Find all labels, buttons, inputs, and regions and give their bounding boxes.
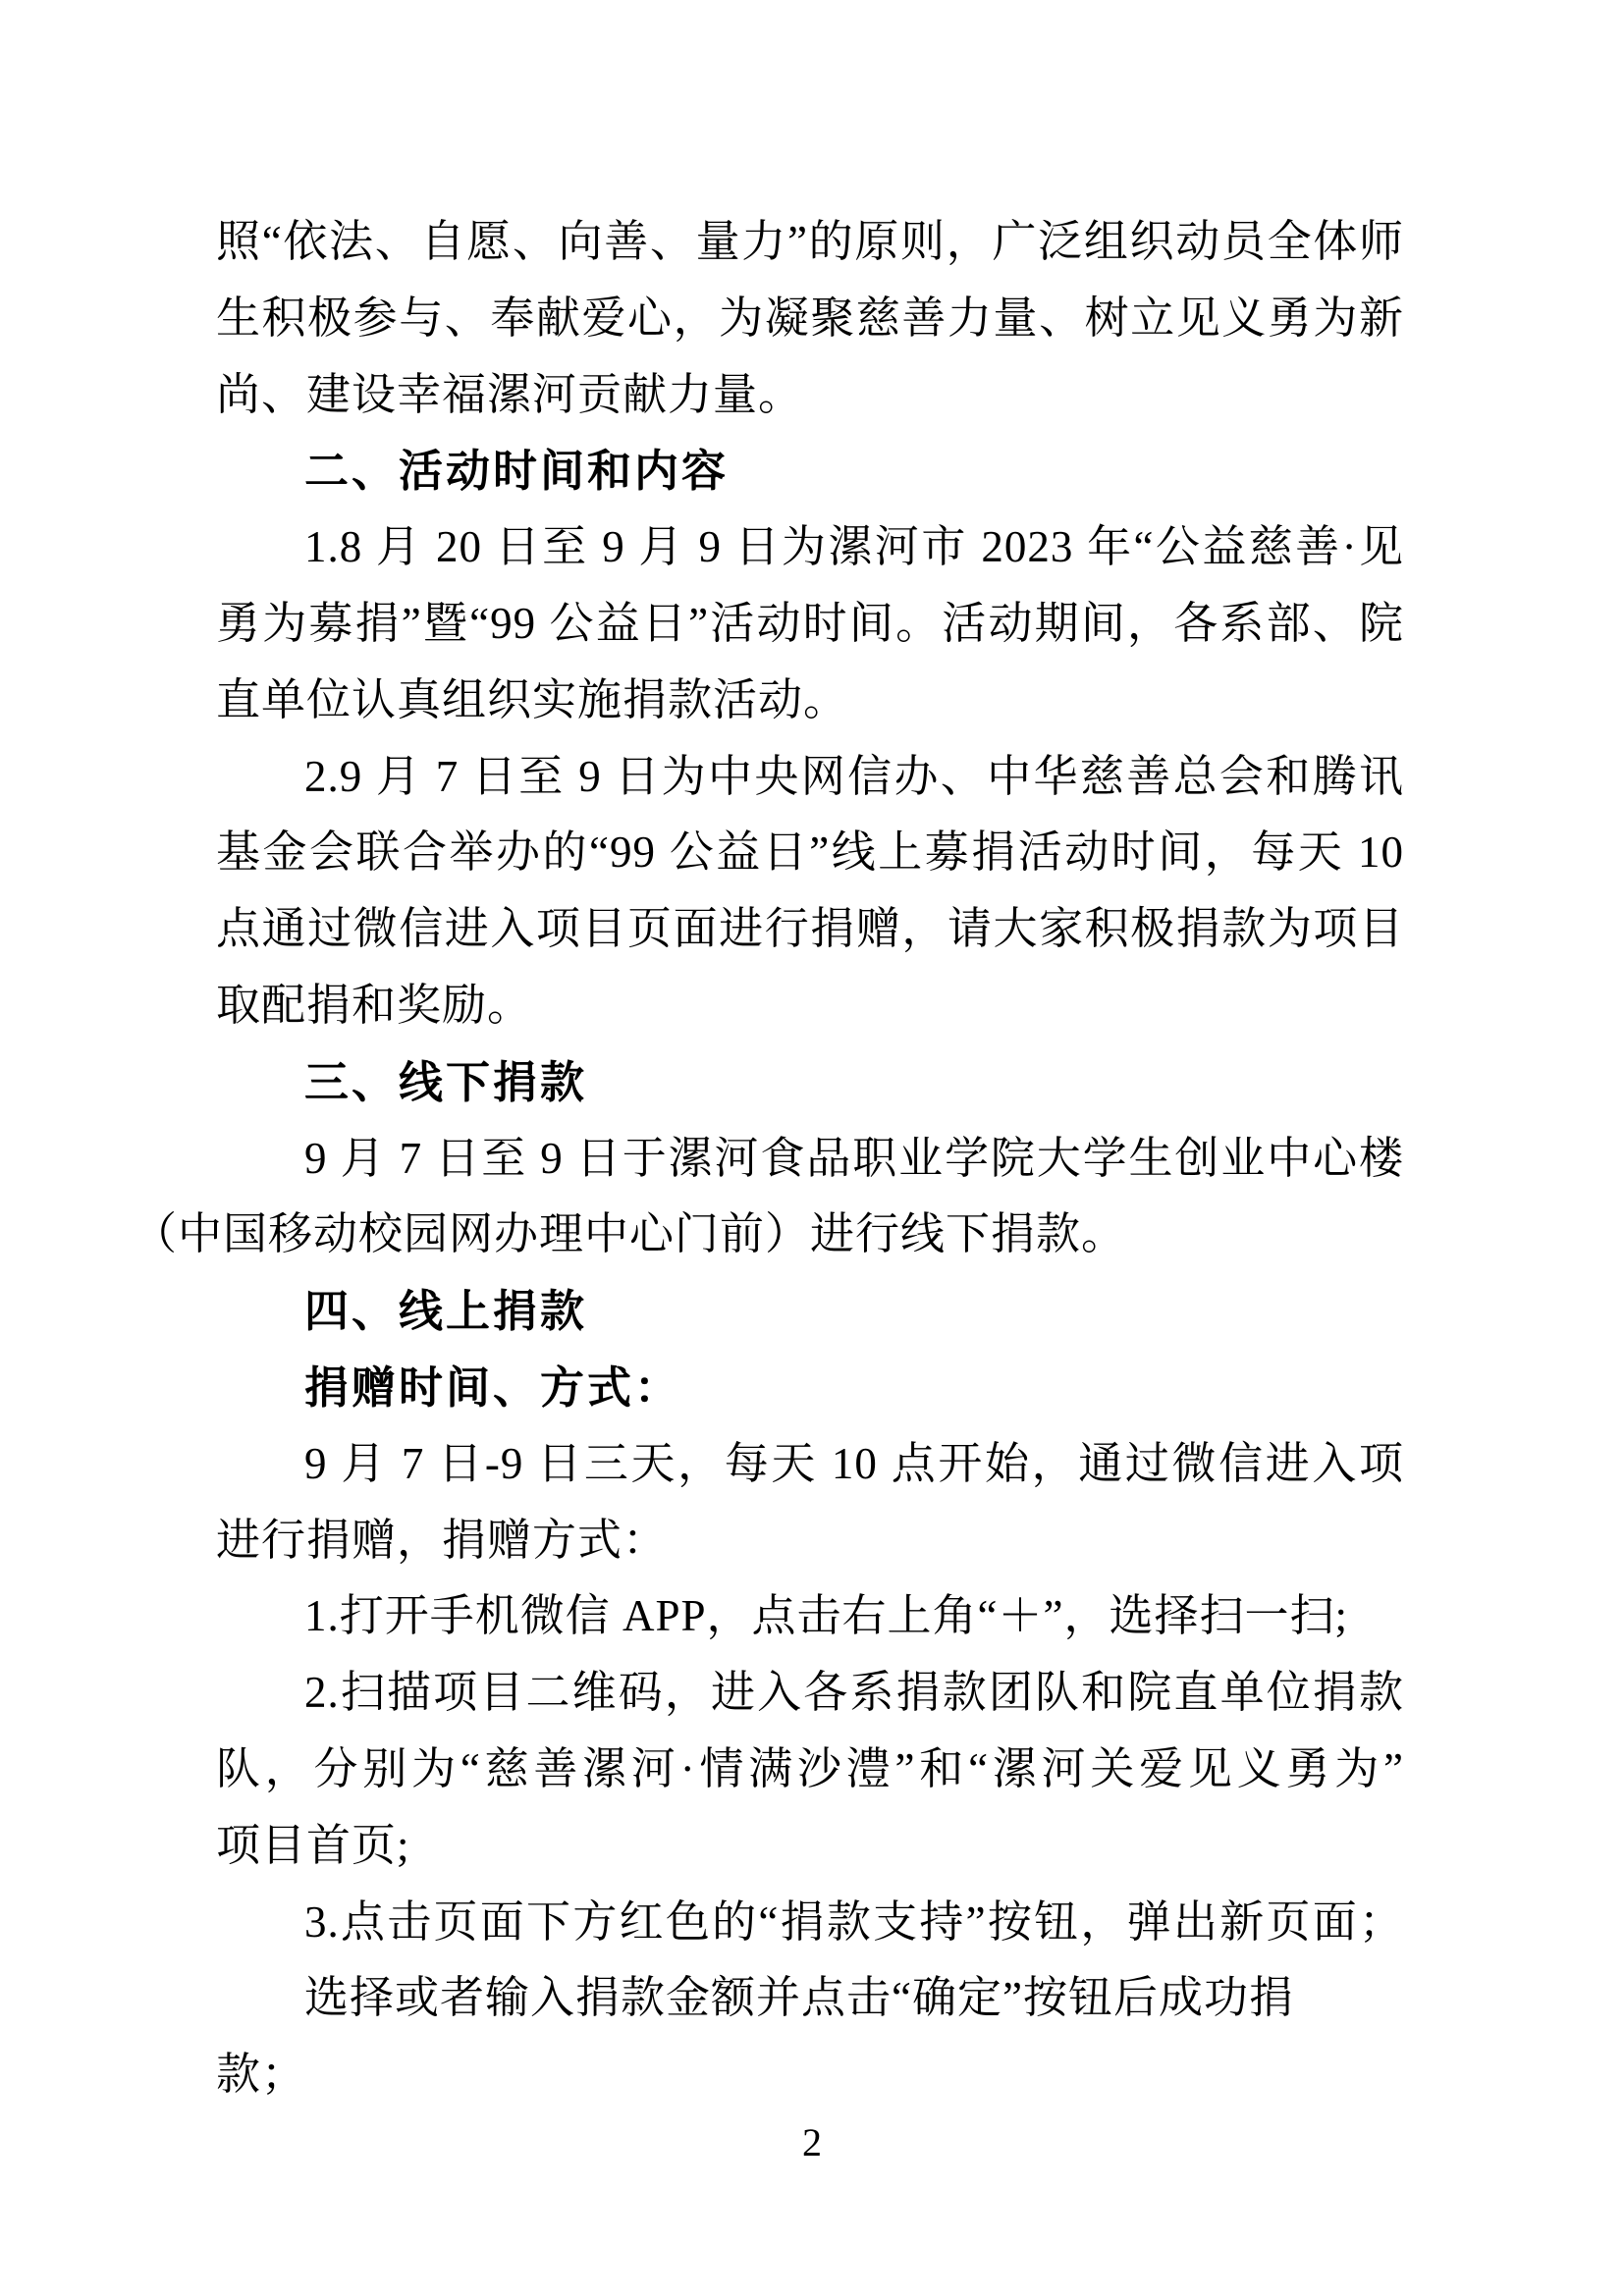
text-line: 生积极参与、奉献爱心，为凝聚慈善力量、树立见义勇为新风: [216, 281, 1404, 357]
text-line: 3.点击页面下方红色的“捐款支持”按钮，弹出新页面；4.: [216, 1885, 1404, 1961]
page-number: 2: [0, 2118, 1624, 2167]
text-line: 基金会联合举办的“99 公益日”线上募捐活动时间，每天 10: [216, 815, 1404, 891]
text-line: 9 月 7 日至 9 日于漯河食品职业学院大学生创业中心楼下: [216, 1121, 1404, 1198]
text-line: 1.打开手机微信 APP，点击右上角“＋”，选择扫一扫;: [216, 1578, 1404, 1655]
text-line: （中国移动校园网办理中心门前）进行线下捐款。: [133, 1197, 1404, 1273]
text-line: 9 月 7 日-9 日三天，每天 10 点开始，通过微信进入项目页: [216, 1426, 1404, 1503]
text-line: 取配捐和奖励。: [216, 968, 1404, 1044]
text-line: 项目首页;: [216, 1808, 1404, 1885]
text-line: 款；: [216, 2037, 1404, 2113]
text-line: 点通过微信进入项目页面进行捐赠，请大家积极捐款为项目争: [216, 891, 1404, 968]
text-line: 照“依法、自愿、向善、量力”的原则，广泛组织动员全体师: [216, 204, 1404, 281]
text-line: 队，分别为“慈善漯河·情满沙澧”和“漯河关爱见义勇为”: [216, 1732, 1404, 1808]
text-line: 进行捐赠，捐赠方式：: [216, 1503, 1404, 1579]
document-page: 照“依法、自愿、向善、量力”的原则，广泛组织动员全体师 生积极参与、奉献爱心，为…: [0, 0, 1624, 2296]
section-heading-4: 四、线上捐款: [216, 1273, 1404, 1350]
text-line: 尚、建设幸福漯河贡献力量。: [216, 357, 1404, 434]
subsection-heading: 捐赠时间、方式：: [216, 1350, 1404, 1426]
text-line: 2.扫描项目二维码，进入各系捐款团队和院直单位捐款团: [216, 1655, 1404, 1732]
section-heading-3: 三、线下捐款: [216, 1044, 1404, 1121]
section-heading-2: 二、活动时间和内容: [216, 433, 1404, 509]
text-line: 1.8 月 20 日至 9 月 9 日为漯河市 2023 年“公益慈善·见义: [216, 509, 1404, 586]
text-line: 直单位认真组织实施捐款活动。: [216, 663, 1404, 739]
text-line: 勇为募捐”暨“99 公益日”活动时间。活动期间，各系部、院: [216, 586, 1404, 663]
text-line: 选择或者输入捐款金额并点击“确定”按钮后成功捐: [216, 1960, 1404, 2037]
document-body: 照“依法、自愿、向善、量力”的原则，广泛组织动员全体师 生积极参与、奉献爱心，为…: [216, 204, 1404, 2113]
text-line: 2.9 月 7 日至 9 日为中央网信办、中华慈善总会和腾讯公益: [216, 739, 1404, 816]
